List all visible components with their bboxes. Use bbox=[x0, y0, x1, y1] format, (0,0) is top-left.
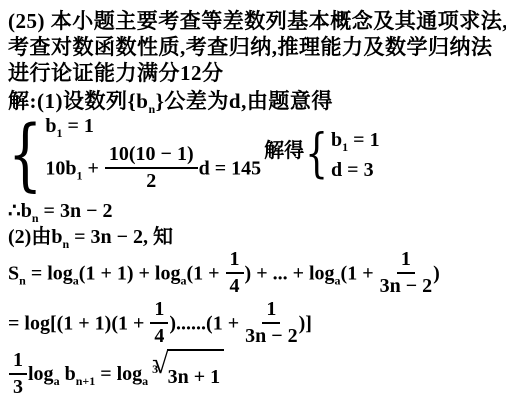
math-token: log bbox=[155, 263, 181, 285]
math-token: ) + ... + bbox=[245, 263, 309, 285]
result-b1: b1 = 1 bbox=[331, 129, 380, 152]
math-token: S bbox=[8, 263, 19, 285]
fraction-denominator: 3n − 2 bbox=[380, 274, 433, 298]
subscript-n: n bbox=[32, 211, 39, 225]
math-token: = 3n − 2 bbox=[39, 200, 113, 222]
fraction-numerator: 1 bbox=[150, 298, 168, 324]
equation-b1: b1 = 1 bbox=[45, 115, 94, 138]
math-token: = bbox=[95, 363, 116, 385]
math-token: ∴b bbox=[8, 200, 32, 222]
result-d: d = 3 bbox=[331, 159, 374, 182]
step1-heading: 解:(1)设数列{bn}公差为d,由题意得 bbox=[8, 88, 502, 114]
math-token: b bbox=[60, 363, 76, 385]
radicand: 3n + 1 bbox=[167, 349, 225, 400]
fraction-numerator: 1 bbox=[262, 298, 280, 324]
left-brace: { bbox=[8, 116, 42, 194]
final-equation: 13loga bn+1 = loga3√3n + 1 bbox=[8, 350, 502, 401]
fraction-numerator: 1 bbox=[226, 248, 244, 274]
math-token: = 1 bbox=[348, 129, 379, 151]
math-token: = bbox=[26, 263, 47, 285]
math-token: log bbox=[117, 363, 143, 385]
fraction: 10(10 − 1)2 bbox=[105, 143, 198, 193]
math-token: = 3n − 2, 知 bbox=[69, 226, 173, 248]
intro-line-1: (25) 本小题主要考查等差数列基本概念及其通项求法, bbox=[8, 8, 502, 34]
cube-root: 3√3n + 1 bbox=[152, 349, 224, 400]
step2-heading: (2)由bn = 3n − 2, 知 bbox=[8, 224, 502, 250]
math-token: b bbox=[45, 115, 56, 137]
fraction-denominator: 4 bbox=[230, 274, 240, 298]
subscript-n: n bbox=[19, 274, 26, 288]
intro-line-3: 进行论证能力满分12分 bbox=[8, 60, 502, 86]
fraction-numerator: 10(10 − 1) bbox=[105, 143, 198, 169]
result-rows: b1 = 1 d = 3 bbox=[331, 129, 380, 182]
math-token: log bbox=[47, 263, 73, 285]
math-token: )] bbox=[299, 313, 312, 335]
math-token: ) bbox=[433, 263, 440, 285]
fraction: 13 bbox=[9, 349, 27, 399]
math-token: log bbox=[28, 363, 54, 385]
equation-system: { b1 = 1 10b1 + 10(10 − 1)2d = 145 解得 { … bbox=[8, 115, 502, 195]
math-token: d = 145 bbox=[199, 158, 262, 180]
math-token: + bbox=[82, 158, 103, 180]
math-token: (2)由b bbox=[8, 226, 62, 248]
subscript-n-plus-1: n+1 bbox=[76, 374, 96, 388]
subscript-n: n bbox=[148, 102, 155, 116]
equation-sum: 10b1 + 10(10 − 1)2d = 145 bbox=[45, 145, 261, 195]
math-token: }公差为d,由题意得 bbox=[156, 89, 333, 113]
math-token: b bbox=[331, 129, 342, 151]
math-token: = log[(1 + 1)(1 + bbox=[8, 313, 149, 335]
left-brace: { bbox=[305, 129, 328, 181]
step1-conclusion: ∴bn = 3n − 2 bbox=[8, 198, 502, 224]
math-token: 10b bbox=[45, 158, 76, 180]
system-rows: b1 = 1 10b1 + 10(10 − 1)2d = 145 bbox=[45, 115, 261, 195]
math-token: = 1 bbox=[62, 115, 93, 137]
math-token: (1 + bbox=[186, 263, 224, 285]
fraction: 14 bbox=[226, 248, 244, 298]
root-index: 3 bbox=[152, 346, 158, 392]
fraction-denominator: 2 bbox=[146, 169, 156, 193]
solve-label: 解得 bbox=[264, 134, 304, 163]
fraction-denominator: 3 bbox=[13, 375, 23, 399]
intro-line-2: 考查对数函数性质,考查归纳,推理能力及数学归纳法 bbox=[8, 34, 502, 60]
subscript-a: a bbox=[142, 374, 148, 388]
fraction-denominator: 4 bbox=[154, 324, 164, 348]
sum-equation: Sn = loga(1 + 1) + loga(1 + 14) + ... + … bbox=[8, 250, 502, 300]
fraction-denominator: 3n − 2 bbox=[245, 324, 298, 348]
fraction: 13n − 2 bbox=[380, 248, 433, 298]
math-token: (1 + bbox=[341, 263, 379, 285]
math-token: )......(1 + bbox=[169, 313, 244, 335]
fraction-numerator: 1 bbox=[397, 248, 415, 274]
document-page: (25) 本小题主要考查等差数列基本概念及其通项求法, 考查对数函数性质,考查归… bbox=[0, 0, 506, 404]
math-token: (1 + 1) + bbox=[79, 263, 155, 285]
fraction-numerator: 1 bbox=[9, 349, 27, 375]
fraction: 14 bbox=[150, 298, 168, 348]
math-token: log bbox=[309, 263, 335, 285]
product-equation: = log[(1 + 1)(1 + 14)......(1 + 13n − 2)… bbox=[8, 300, 502, 350]
fraction: 13n − 2 bbox=[245, 298, 298, 348]
